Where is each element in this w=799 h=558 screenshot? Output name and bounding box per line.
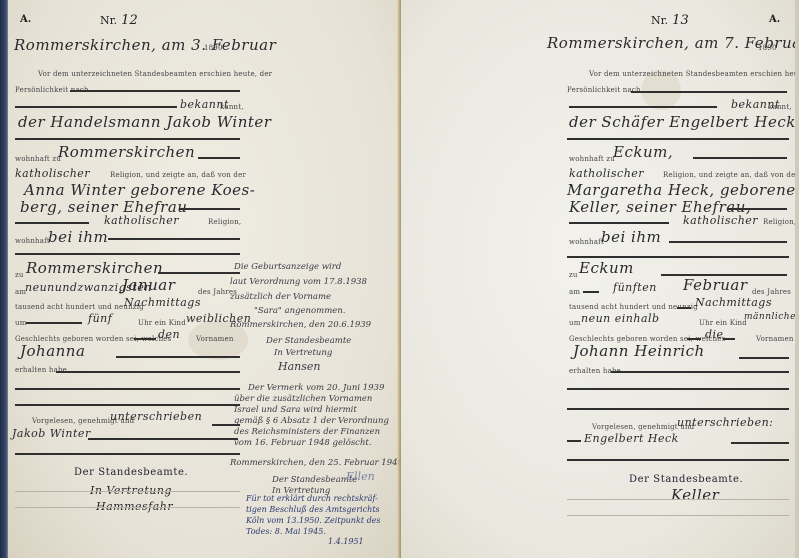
rule <box>567 388 789 390</box>
rule <box>116 356 240 358</box>
residence-label: wohnhaft zu <box>569 155 615 163</box>
rule <box>108 238 240 240</box>
rule <box>687 338 701 340</box>
intro-text: Vor dem unterzeichneten Standesbeamten e… <box>38 70 272 78</box>
place-date: Rommerskirchen, am 3. Februar <box>14 36 276 54</box>
series-letter: A. <box>769 14 780 25</box>
known-print: kannt, <box>220 103 244 111</box>
rule <box>15 453 240 455</box>
registrar-title: Der Standesbeamte. <box>74 467 188 478</box>
residence: Eckum, <box>613 143 673 161</box>
rule <box>567 459 789 461</box>
birth-day: fünften <box>613 281 657 294</box>
intro-text: Vor dem unterzeichneten Standesbeamten e… <box>589 70 799 78</box>
entry-number: Nr.13 <box>651 13 689 28</box>
faint-signature: Ellen <box>346 470 375 483</box>
residence: Rommerskirchen <box>58 143 195 161</box>
rule <box>731 442 789 444</box>
rule <box>567 138 789 140</box>
religion-print: Religion, und zeigte an, daß von der <box>110 171 246 179</box>
birth-hour: neun einhalb <box>581 312 660 325</box>
rule <box>15 507 240 508</box>
rule <box>56 371 240 373</box>
informant: der Schäfer Engelbert Heck, <box>569 113 799 131</box>
informant-signature: Jakob Winter <box>12 427 91 440</box>
rule <box>693 157 787 159</box>
mother-religion: katholischer <box>104 214 179 227</box>
religion-print: Religion, und zeigte an, daß von der <box>663 171 799 179</box>
on-label: am <box>569 288 580 296</box>
number-label: Nr. <box>100 14 117 27</box>
rule <box>198 157 240 159</box>
rule <box>567 408 789 410</box>
number-value: 12 <box>121 13 138 28</box>
register-book: A. Nr.12 Rommerskirchen, am 3. Februar 1… <box>0 0 799 558</box>
mother-residence-label: wohnhaft <box>15 237 50 245</box>
entry-number: Nr.12 <box>100 13 138 28</box>
rule <box>569 222 669 224</box>
time-of-day: Nachmittags <box>124 296 201 309</box>
rule <box>631 91 787 93</box>
rule <box>569 106 717 108</box>
year-print: 1890 <box>204 44 223 52</box>
registrar-signature: Keller <box>671 486 719 504</box>
rule <box>611 371 789 373</box>
mother-residence: bei ihm <box>601 228 661 246</box>
rule <box>723 338 735 340</box>
mother-residence: bei ihm <box>48 228 108 246</box>
rule <box>88 438 238 440</box>
rule <box>677 307 691 309</box>
year-print: 1890 <box>758 44 777 52</box>
religion-hand: katholischer <box>15 167 90 180</box>
right-page: Nr.13 A. Rommerskirchen, am 7. Februar 1… <box>401 0 799 558</box>
rule <box>15 404 240 406</box>
rule <box>134 338 156 340</box>
rule <box>15 106 177 108</box>
rule <box>15 253 240 255</box>
rule <box>567 256 789 258</box>
registrar-title: Der Standesbeamte. <box>629 474 743 485</box>
rule <box>158 272 240 274</box>
informant-signature: Engelbert Heck <box>584 432 679 445</box>
birthplace-label: zu <box>15 271 24 279</box>
given-prefix: die <box>705 328 724 341</box>
rule <box>26 322 82 324</box>
mother-religion-label: Religion, <box>208 218 241 226</box>
birth-hour: fünf <box>88 312 112 325</box>
birthplace: Eckum <box>579 259 634 277</box>
rule <box>583 291 599 293</box>
signed-word: unterschrieben <box>110 410 202 423</box>
given-prefix: den <box>158 328 180 341</box>
informant: der Handelsmann Jakob Winter <box>18 113 271 131</box>
rule <box>15 388 240 390</box>
left-page: A. Nr.12 Rommerskirchen, am 3. Februar 1… <box>8 0 401 558</box>
mother-residence-label: wohnhaft <box>569 238 604 246</box>
clock-label: Uhr ein Kind <box>699 319 747 327</box>
mother-religion: katholischer <box>683 214 758 227</box>
number-label: Nr. <box>651 14 668 27</box>
rule <box>180 208 240 210</box>
at-label: um <box>569 319 581 327</box>
residence-label: wohnhaft zu <box>15 155 61 163</box>
page-edge <box>795 0 799 558</box>
given-name: Johanna <box>20 342 85 360</box>
birth-month: Januar <box>122 276 175 294</box>
given-label: Vornamen <box>196 335 234 343</box>
birthplace: Rommerskirchen <box>26 259 163 277</box>
given-name: Johann Heinrich <box>573 342 705 360</box>
signed-word: unterschrieben: <box>677 416 773 429</box>
rule <box>567 515 789 516</box>
year-label: des Jahres <box>752 288 791 296</box>
mother-line-1: Anna Winter geborene Koes- <box>24 181 255 199</box>
time-of-day: Nachmittags <box>695 296 772 309</box>
rule <box>567 440 581 442</box>
rule <box>669 241 787 243</box>
rule <box>739 357 789 359</box>
identity-label: Persönlichkeit nach <box>567 86 641 94</box>
number-value: 13 <box>672 13 689 28</box>
clock-label: Uhr ein Kind <box>138 319 186 327</box>
mother-line-1: Margaretha Heck, geborene <box>567 181 796 199</box>
mother-religion-label: Religion, <box>763 218 796 226</box>
rule <box>727 208 787 210</box>
child-sex: männlichen <box>744 312 799 322</box>
birthplace-label: zu <box>569 271 578 279</box>
at-label: um <box>15 319 27 327</box>
rule <box>15 491 240 492</box>
known-print: kannt, <box>768 103 792 111</box>
rule <box>567 499 789 500</box>
rule <box>15 222 89 224</box>
series-letter: A. <box>20 14 31 25</box>
rule <box>70 90 240 92</box>
rule <box>15 138 240 140</box>
given-label: Vornamen <box>756 335 794 343</box>
birth-month: Februar <box>683 276 748 294</box>
religion-hand: katholischer <box>569 167 644 180</box>
